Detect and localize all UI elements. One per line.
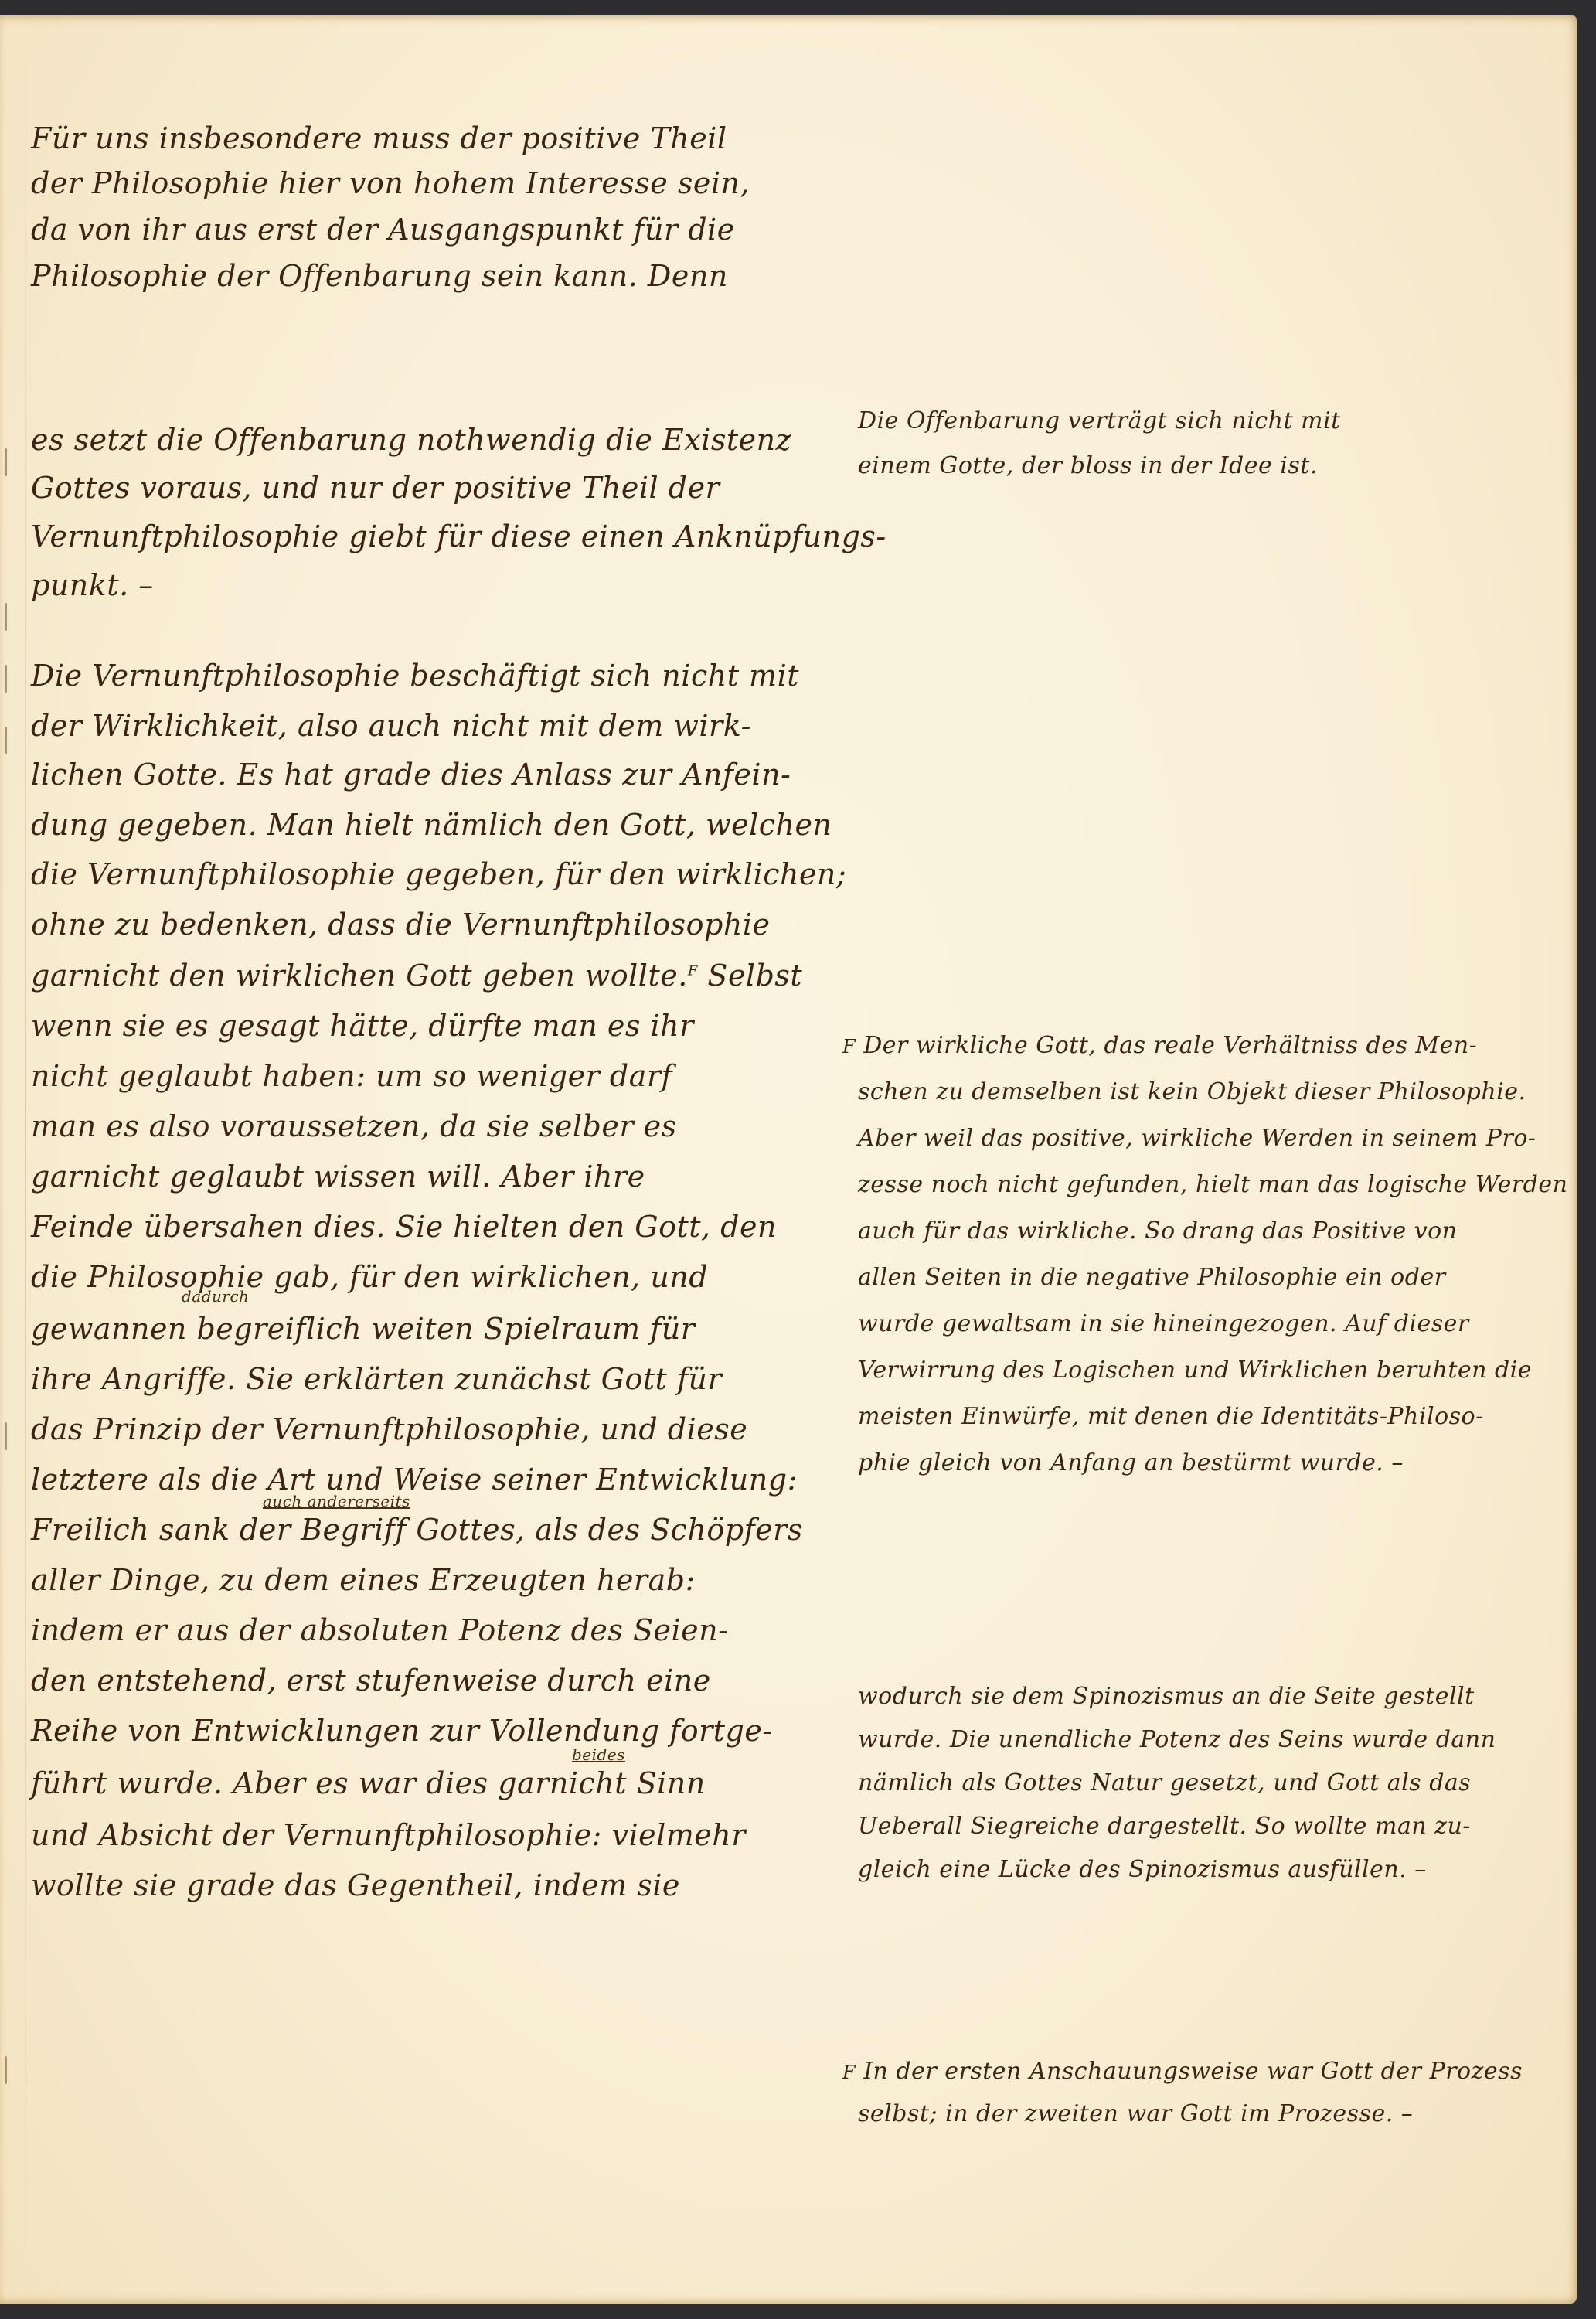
footnote-marker: F — [842, 1036, 856, 1057]
note-line: F In der ersten Anschauungsweise war Got… — [842, 2060, 1523, 2083]
note-line: wurde. Die unendliche Potenz des Seins w… — [858, 1728, 1496, 1752]
note-line: phie gleich von Anfang an bestürmt wurde… — [858, 1452, 1404, 1475]
main-line: lichen Gotte. Es hat grade dies Anlass z… — [31, 760, 791, 789]
note-line: Verwirrung des Logischen und Wirklichen … — [858, 1359, 1532, 1382]
main-line: da von ihr aus erst der Ausgangspunkt fü… — [31, 215, 735, 244]
main-line: punkt. – — [31, 570, 154, 600]
edge-ink-mark — [5, 448, 7, 476]
edge-ink-mark — [5, 603, 7, 631]
main-line: den entstehend, erst stufenweise durch e… — [31, 1666, 711, 1695]
note-line: wurde gewaltsam in sie hineingezogen. Au… — [858, 1313, 1469, 1336]
binding-gutter — [25, 31, 26, 2304]
interlinear-insertion: dadurch — [182, 1287, 250, 1306]
note-line: allen Seiten in die negative Philosophie… — [858, 1266, 1446, 1289]
main-line: letztere als die Art und Weise seiner En… — [31, 1465, 798, 1494]
main-line: Die Vernunftphilosophie beschäftigt sich… — [31, 661, 799, 690]
main-line-suffix: Selbst — [707, 959, 802, 993]
main-line: Für uns insbesondere muss der positive T… — [31, 124, 727, 153]
note-line: einem Gotte, der bloss in der Idee ist. — [858, 455, 1318, 478]
main-line: dung gegeben. Man hielt nämlich den Gott… — [31, 810, 832, 839]
note-line: Ueberall Siegreiche dargestellt. So woll… — [858, 1815, 1471, 1838]
main-line: der Wirklichkeit, also auch nicht mit de… — [31, 711, 751, 741]
main-line: Reihe von Entwicklungen zur Vollendung f… — [31, 1716, 773, 1745]
note-line: schen zu demselben ist kein Objekt diese… — [858, 1081, 1526, 1104]
note-line: wodurch sie dem Spinozismus an die Seite… — [858, 1685, 1475, 1708]
main-line: die Vernunftphilosophie gegeben, für den… — [31, 860, 846, 889]
main-line: Philosophie der Offenbarung sein kann. D… — [31, 261, 728, 291]
footnote-marker[interactable]: F — [688, 962, 698, 979]
note-line: zesse noch nicht gefunden, hielt man das… — [858, 1173, 1567, 1197]
note-line: Die Offenbarung verträgt sich nicht mit — [858, 410, 1341, 433]
main-line: Gottes voraus, und nur der positive Thei… — [31, 473, 720, 502]
main-line: ihre Angriffe. Sie erklärten zunächst Go… — [31, 1364, 722, 1394]
edge-ink-mark — [5, 2056, 7, 2084]
note-line: gleich eine Lücke des Spinozismus ausfül… — [858, 1858, 1427, 1881]
main-line: und Absicht der Vernunftphilosophie: vie… — [31, 1820, 746, 1850]
main-line: wenn sie es gesagt hätte, dürfte man es … — [31, 1011, 694, 1040]
note-line-text: Der wirkliche Gott, das reale Verhältnis… — [863, 1032, 1477, 1059]
main-line: nicht geglaubt haben: um so weniger darf — [31, 1061, 672, 1091]
main-line: Vernunftphilosophie giebt für diese eine… — [31, 522, 886, 551]
main-line: die Philosophie gab, für den wirklichen,… — [31, 1262, 708, 1292]
note-line: nämlich als Gottes Natur gesetzt, und Go… — [858, 1772, 1471, 1795]
main-line: indem er aus der absoluten Potenz des Se… — [31, 1616, 728, 1645]
note-line: selbst; in der zweiten war Gott im Proze… — [858, 2103, 1413, 2126]
main-line: gewannen begreiflich weiten Spielraum fü… — [31, 1314, 695, 1343]
edge-ink-mark — [5, 1422, 7, 1450]
interlinear-insertion: beides — [572, 1745, 625, 1764]
interlinear-insertion: auch andererseits — [263, 1492, 410, 1510]
main-line: garnicht den wirklichen Gott geben wollt… — [31, 961, 802, 990]
main-line: der Philosophie hier von hohem Interesse… — [31, 169, 750, 198]
note-line-text: In der ersten Anschauungsweise war Gott … — [863, 2058, 1523, 2085]
manuscript-page: Für uns insbesondere muss der positive T… — [0, 15, 1577, 2304]
main-line: führt wurde. Aber es war dies garnicht S… — [31, 1769, 706, 1798]
edge-ink-mark — [5, 665, 7, 693]
main-line: aller Dinge, zu dem eines Erzeugten hera… — [31, 1565, 696, 1595]
main-line-text: garnicht den wirklichen Gott geben wollt… — [31, 959, 688, 993]
main-line: ohne zu bedenken, dass die Vernunftphilo… — [31, 910, 771, 939]
main-line: wollte sie grade das Gegentheil, indem s… — [31, 1871, 680, 1900]
main-line: man es also voraussetzen, da sie selber … — [31, 1112, 677, 1141]
main-line: es setzt die Offenbarung nothwendig die … — [31, 425, 791, 455]
main-line: garnicht geglaubt wissen will. Aber ihre — [31, 1162, 645, 1191]
main-line: Freilich sank der Begriff Gottes, als de… — [31, 1515, 803, 1544]
main-line: Feinde übersahen dies. Sie hielten den G… — [31, 1212, 777, 1241]
footnote-marker: F — [842, 2062, 856, 2083]
note-line: F Der wirkliche Gott, das reale Verhältn… — [842, 1034, 1477, 1057]
edge-ink-mark — [5, 727, 7, 754]
note-line: auch für das wirkliche. So drang das Pos… — [858, 1220, 1458, 1243]
note-line: Aber weil das positive, wirkliche Werden… — [858, 1127, 1536, 1150]
note-line: meisten Einwürfe, mit denen die Identitä… — [858, 1405, 1484, 1429]
main-line: das Prinzip der Vernunftphilosophie, und… — [31, 1415, 747, 1444]
